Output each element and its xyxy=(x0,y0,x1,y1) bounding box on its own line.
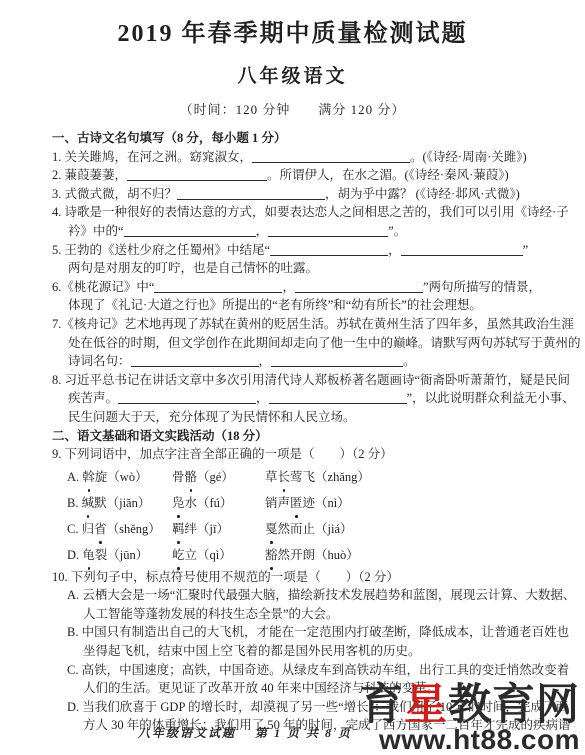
dotted-character: 戛 xyxy=(265,516,278,542)
exam-title: 2019 年春季期中质量检测试题 xyxy=(0,13,585,48)
exam-page: 2019 年春季期中质量检测试题 八年级语文 （时间：120 分钟 满分 120… xyxy=(0,0,585,755)
answer-blank xyxy=(295,280,423,293)
answer-blank xyxy=(131,354,259,367)
exam-body: 一、古诗文名句填写（8 分，每小题 1 分）1. 关关雎鸠，在河之洲。窈窕淑女，… xyxy=(0,118,585,735)
watermark-brand-prefix: 育 xyxy=(360,681,404,729)
option-line-continued: 坐得起飞机，结束中国上空飞着的都是国外民用客机的历史。 xyxy=(52,642,563,661)
question-line-continued: 处在低谷的时期，但文学创作在此期间却走向了他一生中的巅峰。请默写两句苏轼写于黄州… xyxy=(52,334,563,353)
question-line-continued: 民生问题大于天，充分体现了为民情怀和人民立场。 xyxy=(52,408,563,427)
dotted-character: 豁 xyxy=(265,542,278,568)
dotted-character: 斡 xyxy=(82,464,95,490)
question-line-continued: 诗词名句：，。 xyxy=(52,352,563,371)
option-line: A. 云栖大会是一场“汇聚时代最强大脑，描绘新技术发展趋势和蓝图，展现云计算、大… xyxy=(52,586,563,605)
question-line: 7.《核舟记》艺术地再现了苏轼在黄州的贬居生活。苏轼在黄州生活了四年多，虽然其政… xyxy=(52,315,563,334)
option-line: B. 中国只有制造出自己的大飞机，才能在一定范围内打破垄断，降低成本，让普通老百… xyxy=(52,623,563,642)
watermark: 育星教育网 www.ht88.com xyxy=(360,684,580,754)
section-heading: 一、古诗文名句填写（8 分，每小题 1 分） xyxy=(52,129,563,148)
answer-blank xyxy=(154,280,282,293)
answer-blank xyxy=(271,354,403,367)
pinyin-option-cell: 戛然而止（jiá） xyxy=(265,516,563,542)
exam-time-score: （时间：120 分钟 满分 120 分） xyxy=(0,99,585,118)
question-line: 4. 诗歌是一种很好的表情达意的方式，如要表达恋人之间相思之苦的，我们可以引用《… xyxy=(52,203,563,222)
pinyin-option-cell: 羁绊（jī） xyxy=(172,516,265,542)
question-line: 8. 习近平总书记在讲话文章中多次引用清代诗人郑板桥著名题画诗“衙斋卧听萧萧竹，… xyxy=(52,371,563,390)
watermark-url: www.ht88.com xyxy=(360,726,580,754)
pinyin-option-cell: 草长莺飞（zhǎng） xyxy=(265,464,563,490)
dotted-character: 屹 xyxy=(172,542,185,568)
question-line: 2. 蒹葭萋萋，。所谓伊人，在水之湄。(《诗经·秦风·蒹葭》) xyxy=(52,166,563,185)
question-line-continued: 两句是对朋友的叮咛，也是自己情怀的吐露。 xyxy=(52,259,563,278)
watermark-brand-suffix: 教育网 xyxy=(448,681,580,729)
question-line: 9. 下列词语中，加点字注音全部正确的一项是（ ）（2 分） xyxy=(52,445,563,464)
answer-blank xyxy=(268,224,388,237)
pinyin-option-row: B. 缄默（jiǎn）凫水（fú）销声匿迹（nì） xyxy=(52,490,563,516)
answer-blank xyxy=(269,391,407,404)
exam-subject: 八年级语文 xyxy=(0,61,585,88)
question-line: 5. 王勃的《送杜少府之任蜀州》中结尾“，” xyxy=(52,241,563,260)
dotted-character: 缄 xyxy=(82,490,95,516)
pinyin-option-cell: 销声匿迹（nì） xyxy=(265,490,563,516)
question-line-continued: 衿》中的“，”。 xyxy=(52,222,563,241)
answer-blank xyxy=(127,168,267,181)
answer-blank xyxy=(124,224,256,237)
dotted-character: 羁 xyxy=(172,516,185,542)
dotted-character: 长 xyxy=(278,464,291,490)
question-line: 3. 式微式微，胡不归？，胡为乎中露？ (《诗经·邶风·式微》) xyxy=(52,185,563,204)
pinyin-option-cell: 豁然开朗（huò） xyxy=(265,542,563,568)
pinyin-option-cell: 屹立（qì） xyxy=(172,542,265,568)
dotted-character: 省 xyxy=(94,516,107,542)
section-heading: 二、语文基础和语文实践活动（18 分） xyxy=(52,427,563,446)
pinyin-option-cell: A. 斡旋（wò） xyxy=(67,464,172,490)
pinyin-option-row: C. 归省（shěng）羁绊（jī）戛然而止（jiá） xyxy=(52,516,563,542)
option-line: C. 高铁，中国速度；高铁，中国奇迹。从绿皮车到高铁动车组，出行工具的变迁悄然改… xyxy=(52,661,563,680)
pinyin-option-row: A. 斡旋（wò）骨骼（gé）草长莺飞（zhǎng） xyxy=(52,464,563,490)
dotted-character: 骼 xyxy=(185,464,198,490)
pinyin-option-cell: C. 归省（shěng） xyxy=(67,516,172,542)
pinyin-option-cell: D. 龟裂（jūn） xyxy=(67,542,172,568)
pinyin-option-cell: 凫水（fú） xyxy=(172,490,265,516)
question-line-continued: 疾苦声。，”，以此说明群众利益无小事、 xyxy=(52,389,563,408)
dotted-character: 龟 xyxy=(82,542,95,568)
pinyin-option-cell: B. 缄默（jiǎn） xyxy=(67,490,172,516)
question-line: 1. 关关雎鸠，在河之洲。窈窕淑女，。(《诗经·周南·关雎》) xyxy=(52,148,563,167)
answer-blank xyxy=(252,150,410,163)
pinyin-option-row: D. 龟裂（jūn）屹立（qì）豁然开朗（huò） xyxy=(52,542,563,568)
answer-blank xyxy=(270,243,388,256)
dotted-character: 凫 xyxy=(172,490,185,516)
watermark-brand: 育星教育网 xyxy=(360,684,580,727)
option-line-continued: 人工智能等蓬勃发展的科技生态全景”的大会。 xyxy=(52,605,563,624)
question-line: 6.《桃花源记》中“，”两句所描写的情景， xyxy=(52,278,563,297)
answer-blank xyxy=(118,391,256,404)
question-line-continued: 体现了《礼记·大道之行也》所提出的“老有所终”和“幼有所长”的社会理想。 xyxy=(52,296,563,315)
watermark-brand-star: 星 xyxy=(404,681,448,729)
dotted-character: 匿 xyxy=(290,490,303,516)
answer-blank xyxy=(401,243,523,256)
answer-blank xyxy=(177,187,325,200)
question-line: 10. 下列句子中，标点符号使用不规范的一项是（ ）（2 分） xyxy=(52,568,563,587)
pinyin-option-cell: 骨骼（gé） xyxy=(172,464,265,490)
